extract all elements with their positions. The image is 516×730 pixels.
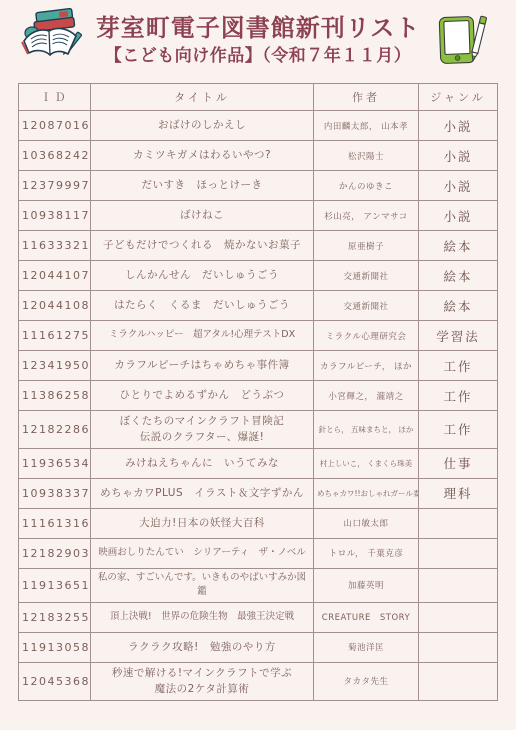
- id-cell: 11161316: [19, 508, 91, 538]
- table-row: 11633321子どもだけでつくれる 焼かないお菓子原亜樹子絵本: [19, 231, 498, 261]
- title-cell: カミツキガメはわるいやつ?: [91, 141, 314, 171]
- title-cell: 映画おしりたんてい シリアーティ ザ・ノベル: [91, 538, 314, 568]
- author-cell: 交通新聞社: [314, 261, 419, 291]
- id-cell: 12087016: [19, 111, 91, 141]
- title-cell: ひとりでよめるずかん どうぶつ: [91, 381, 314, 411]
- table-body: 12087016おばけのしかえし内田麟太郎， 山本孝小説10368242カミツキ…: [19, 111, 498, 701]
- id-cell: 11161275: [19, 321, 91, 351]
- title-cell: めちゃカワPLUS イラスト＆文字ずかん: [91, 478, 314, 508]
- id-cell: 12182903: [19, 538, 91, 568]
- table-row: 12379997だいすき ほっとけーきかんのゆきこ小説: [19, 171, 498, 201]
- title-cell: ラクラク攻略! 勉強のやり方: [91, 632, 314, 662]
- author-cell: 針とら， 五味まちと， ほか: [314, 411, 419, 449]
- genre-cell: 工作: [419, 381, 498, 411]
- author-cell: 内田麟太郎， 山本孝: [314, 111, 419, 141]
- genre-cell: [419, 508, 498, 538]
- new-arrivals-table: ＩＤ タイトル 作者 ジャンル 12087016おばけのしかえし内田麟太郎， 山…: [18, 83, 498, 701]
- genre-cell: 小説: [419, 201, 498, 231]
- table-row: 11386258ひとりでよめるずかん どうぶつ小宮輝之， 瀧靖之工作: [19, 381, 498, 411]
- author-cell: トロル， 千葉克彦: [314, 538, 419, 568]
- genre-cell: [419, 568, 498, 602]
- table-row: 10368242カミツキガメはわるいやつ?松沢陽士小説: [19, 141, 498, 171]
- title-cell: カラフルピーチはちゃめちゃ事件簿: [91, 351, 314, 381]
- table-row: 10938337めちゃカワPLUS イラスト＆文字ずかんめちゃカワ!!おしゃれガ…: [19, 478, 498, 508]
- genre-cell: 絵本: [419, 231, 498, 261]
- author-cell: ミラクル心理研究会: [314, 321, 419, 351]
- title-cell: 頂上決戦! 世界の危険生物 最強王決定戦: [91, 602, 314, 632]
- id-cell: 10938337: [19, 478, 91, 508]
- author-cell: カラフルピーチ， ほか: [314, 351, 419, 381]
- id-cell: 12341950: [19, 351, 91, 381]
- table-row: 12182903映画おしりたんてい シリアーティ ザ・ノベルトロル， 千葉克彦: [19, 538, 498, 568]
- table-row: 12087016おばけのしかえし内田麟太郎， 山本孝小説: [19, 111, 498, 141]
- id-cell: 12044107: [19, 261, 91, 291]
- author-cell: 村上しいこ， くまくら珠美: [314, 448, 419, 478]
- table-row: 12183255頂上決戦! 世界の危険生物 最強王決定戦CREATURE STO…: [19, 602, 498, 632]
- author-cell: 杉山亮， アンマサコ: [314, 201, 419, 231]
- table-row: 12182286ぼくたちのマインクラフト冒険記 伝説のクラフター、爆誕!針とら，…: [19, 411, 498, 449]
- genre-cell: 工作: [419, 411, 498, 449]
- author-cell: 交通新聞社: [314, 291, 419, 321]
- author-cell: 小宮輝之， 瀧靖之: [314, 381, 419, 411]
- col-header-id: ＩＤ: [19, 84, 91, 111]
- table-row: 11161275ミラクルハッピー 超アタル!心理テストDXミラクル心理研究会学習…: [19, 321, 498, 351]
- title-cell: みけねえちゃんに いうてみな: [91, 448, 314, 478]
- col-header-title: タイトル: [91, 84, 314, 111]
- genre-cell: 小説: [419, 111, 498, 141]
- table-row: 12044107しんかんせん だいしゅうごう交通新聞社絵本: [19, 261, 498, 291]
- title-cell: ミラクルハッピー 超アタル!心理テストDX: [91, 321, 314, 351]
- title-cell: おばけのしかえし: [91, 111, 314, 141]
- id-cell: 12045368: [19, 662, 91, 700]
- author-cell: 松沢陽士: [314, 141, 419, 171]
- genre-cell: 小説: [419, 141, 498, 171]
- table-row: 12044108はたらく くるま だいしゅうごう交通新聞社絵本: [19, 291, 498, 321]
- author-cell: かんのゆきこ: [314, 171, 419, 201]
- table-row: 11161316大迫力!日本の妖怪大百科山口敏太郎: [19, 508, 498, 538]
- id-cell: 11913651: [19, 568, 91, 602]
- genre-cell: 絵本: [419, 261, 498, 291]
- genre-cell: 絵本: [419, 291, 498, 321]
- genre-cell: [419, 632, 498, 662]
- genre-cell: 仕事: [419, 448, 498, 478]
- author-cell: CREATURE STORY: [314, 602, 419, 632]
- title-cell: しんかんせん だいしゅうごう: [91, 261, 314, 291]
- author-cell: 加藤英明: [314, 568, 419, 602]
- genre-cell: [419, 602, 498, 632]
- author-cell: 原亜樹子: [314, 231, 419, 261]
- author-cell: タカタ先生: [314, 662, 419, 700]
- page: 芽室町電子図書館新刊リスト 【こども向け作品】（令和７年１１月） ＩＤ: [0, 0, 516, 730]
- author-cell: めちゃカワ!!おしゃれガール委員会: [314, 478, 419, 508]
- id-cell: 11386258: [19, 381, 91, 411]
- genre-cell: [419, 538, 498, 568]
- table-row: 11936534みけねえちゃんに いうてみな村上しいこ， くまくら珠美仕事: [19, 448, 498, 478]
- col-header-genre: ジャンル: [419, 84, 498, 111]
- genre-cell: 小説: [419, 171, 498, 201]
- id-cell: 11633321: [19, 231, 91, 261]
- table-row: 12045368秒速で解ける!マインクラフトで学ぶ 魔法の2ケタ計算術タカタ先生: [19, 662, 498, 700]
- table-row: 11913058ラクラク攻略! 勉強のやり方菊池洋匡: [19, 632, 498, 662]
- id-cell: 11936534: [19, 448, 91, 478]
- id-cell: 10368242: [19, 141, 91, 171]
- id-cell: 12182286: [19, 411, 91, 449]
- author-cell: 菊池洋匡: [314, 632, 419, 662]
- genre-cell: 工作: [419, 351, 498, 381]
- id-cell: 12044108: [19, 291, 91, 321]
- title-cell: 秒速で解ける!マインクラフトで学ぶ 魔法の2ケタ計算術: [91, 662, 314, 700]
- table-row: 10938117ばけねこ杉山亮， アンマサコ小説: [19, 201, 498, 231]
- title-cell: ぼくたちのマインクラフト冒険記 伝説のクラフター、爆誕!: [91, 411, 314, 449]
- table-header-row: ＩＤ タイトル 作者 ジャンル: [19, 84, 498, 111]
- title-cell: はたらく くるま だいしゅうごう: [91, 291, 314, 321]
- genre-cell: [419, 662, 498, 700]
- table-row: 11913651私の家、すごいんです。いきものやばいすみか図鑑加藤英明: [19, 568, 498, 602]
- genre-cell: 学習法: [419, 321, 498, 351]
- col-header-author: 作者: [314, 84, 419, 111]
- id-cell: 10938117: [19, 201, 91, 231]
- title-cell: ばけねこ: [91, 201, 314, 231]
- header: 芽室町電子図書館新刊リスト 【こども向け作品】（令和７年１１月）: [0, 0, 516, 83]
- id-cell: 12183255: [19, 602, 91, 632]
- tablet-pen-icon: [438, 8, 490, 66]
- title-cell: 大迫力!日本の妖怪大百科: [91, 508, 314, 538]
- title-cell: 子どもだけでつくれる 焼かないお菓子: [91, 231, 314, 261]
- id-cell: 12379997: [19, 171, 91, 201]
- author-cell: 山口敏太郎: [314, 508, 419, 538]
- genre-cell: 理科: [419, 478, 498, 508]
- title-cell: だいすき ほっとけーき: [91, 171, 314, 201]
- title-cell: 私の家、すごいんです。いきものやばいすみか図鑑: [91, 568, 314, 602]
- table-row: 12341950カラフルピーチはちゃめちゃ事件簿カラフルピーチ， ほか工作: [19, 351, 498, 381]
- id-cell: 11913058: [19, 632, 91, 662]
